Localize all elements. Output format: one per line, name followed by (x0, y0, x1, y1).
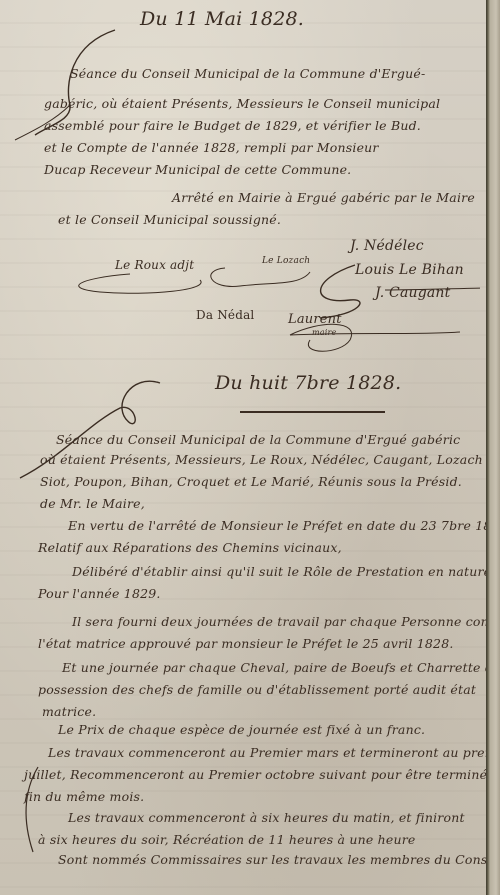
signature-flourishes-icon (60, 260, 480, 370)
entry2-line: où étaient Présents, Messieurs, Le Roux,… (40, 452, 483, 467)
entry1-line: gabéric, où étaient Présents, Messieurs … (44, 96, 440, 111)
entry1-line: Arrêté en Mairie à Ergué gabéric par le … (172, 190, 475, 205)
entry2-line: l'état matrice approuvé par monsieur le … (38, 636, 454, 651)
entry2-line: Siot, Poupon, Bihan, Croquet et Le Marié… (40, 474, 462, 489)
entry2-line: Relatif aux Réparations des Chemins vici… (38, 540, 342, 555)
entry1-line: Ducap Receveur Municipal de cette Commun… (44, 162, 351, 177)
signature-nedelec: J. Nédélec (350, 238, 424, 254)
heading-underline (240, 411, 385, 413)
entry1-line: et le Compte de l'année 1828, rempli par… (44, 140, 379, 155)
paragraph-flourish-icon (18, 762, 48, 862)
register-page: Du 11 Mai 1828. Séance du Conseil Munici… (0, 0, 488, 895)
entry2-line: Sont nommés Commissaires sur les travaux… (58, 852, 488, 867)
entry2-line: à six heures du soir, Récréation de 11 h… (38, 832, 416, 847)
entry2-line: Les travaux commenceront à six heures du… (68, 810, 465, 825)
entry2-line: Délibéré d'établir ainsi qu'il suit le R… (72, 564, 488, 579)
entry2-line: En vertu de l'arrêté de Monsieur le Préf… (68, 518, 488, 533)
entry2-line: Le Prix de chaque espèce de journée est … (58, 722, 425, 737)
entry2-line: matrice. (42, 704, 96, 719)
entry2-line: possession des chefs de famille ou d'éta… (38, 682, 476, 697)
entry1-date-heading: Du 11 Mai 1828. (140, 8, 304, 30)
entry2-line: Et une journée par chaque Cheval, paire … (62, 660, 488, 675)
entry2-line: Séance du Conseil Municipal de la Commun… (56, 432, 460, 447)
entry1-line: assemblé pour faire le Budget de 1829, e… (44, 118, 421, 133)
entry2-line: Les travaux commenceront au Premier mars… (48, 745, 488, 760)
book-binding-edge (486, 0, 500, 895)
entry1-line: et le Conseil Municipal soussigné. (58, 212, 281, 227)
entry2-line: de Mr. le Maire, (40, 496, 145, 511)
entry2-line: juillet, Recommenceront au Premier octob… (24, 767, 488, 782)
entry2-line: Pour l'année 1829. (38, 586, 161, 601)
entry2-date-heading: Du huit 7bre 1828. (215, 372, 401, 394)
entry1-line: Séance du Conseil Municipal de la Commun… (70, 66, 425, 81)
entry2-line: Il sera fourni deux journées de travail … (72, 614, 488, 629)
